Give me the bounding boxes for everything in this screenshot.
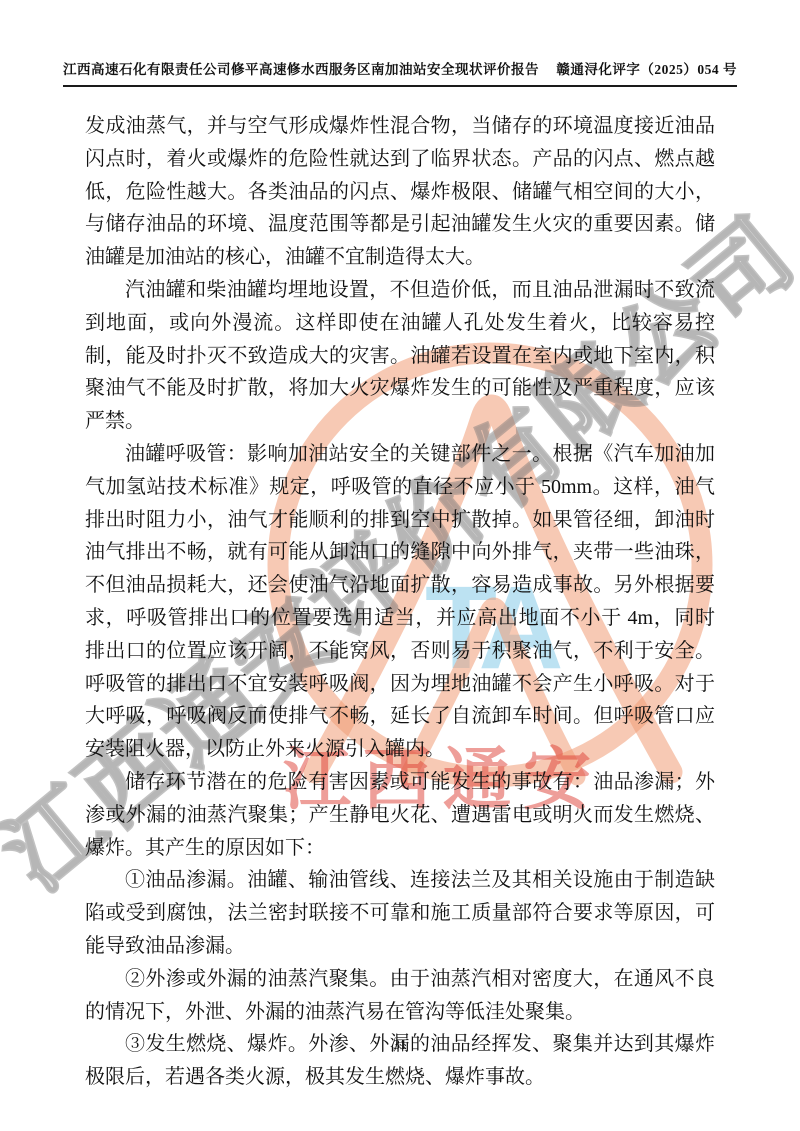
header-report-title: 江西高速石化有限责任公司修平高速修水西服务区南加油站安全现状评价报告 xyxy=(63,58,539,78)
page-header: 江西高速石化有限责任公司修平高速修水西服务区南加油站安全现状评价报告 赣通浔化评… xyxy=(63,58,737,87)
paragraph: ①油品渗漏。油罐、输油管线、连接法兰及其相关设施由于制造缺陷或受到腐蚀，法兰密封… xyxy=(85,864,715,962)
page-footer: 31 xyxy=(0,1038,800,1054)
paragraph: 油罐呼吸管：影响加油站安全的关键部件之一。根据《汽车加油加气加氢站技术标准》规定… xyxy=(85,438,715,766)
page-number: 31 xyxy=(393,1038,407,1053)
paragraph: 发成油蒸气，并与空气形成爆炸性混合物，当储存的环境温度接近油品闪点时，着火或爆炸… xyxy=(85,110,715,274)
paragraph: 储存环节潜在的危险有害因素或可能发生的事故有：油品渗漏；外渗或外漏的油蒸汽聚集；… xyxy=(85,766,715,864)
header-document-number: 赣通浔化评字（2025）054 号 xyxy=(556,58,737,78)
document-body: 发成油蒸气，并与空气形成爆炸性混合物，当储存的环境温度接近油品闪点时，着火或爆炸… xyxy=(85,110,715,1094)
document-page: TA 江西通安评价有限公司 江西通安 江西高速石化有限责任公司修平高速修水西服务… xyxy=(0,0,800,1131)
paragraph: ②外渗或外漏的油蒸汽聚集。由于油蒸汽相对密度大，在通风不良的情况下，外泄、外漏的… xyxy=(85,963,715,1029)
paragraph: 汽油罐和柴油罐均埋地设置，不但造价低，而且油品泄漏时不致流到地面，或向外漫流。这… xyxy=(85,274,715,438)
